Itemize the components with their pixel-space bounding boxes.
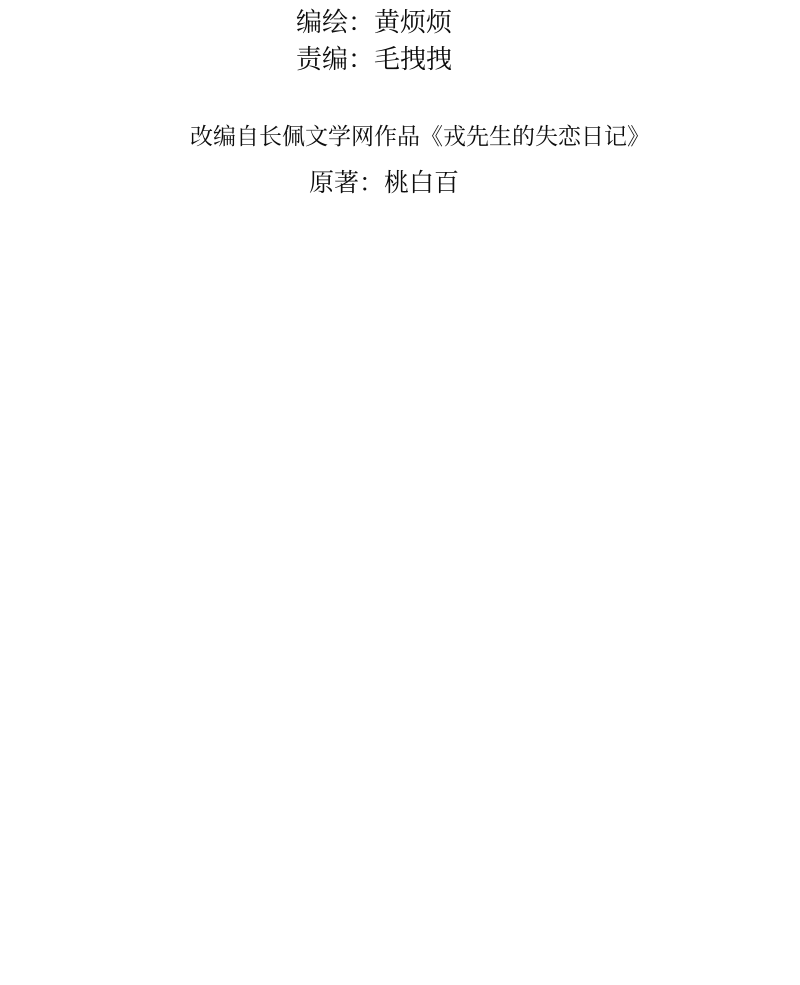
comic-credits-page: 编绘：黄烦烦 责编：毛拽拽 改编自长佩文学网作品《戎先生的失恋日记》 原著：桃白… <box>0 0 800 985</box>
credit-line-editor: 责编：毛拽拽 <box>296 46 452 72</box>
credit-line-original-author: 原著：桃白百 <box>309 170 459 197</box>
credit-line-artist: 编绘：黄烦烦 <box>296 9 452 35</box>
credit-line-adaptation-source: 改编自长佩文学网作品《戎先生的失恋日记》 <box>190 122 650 150</box>
